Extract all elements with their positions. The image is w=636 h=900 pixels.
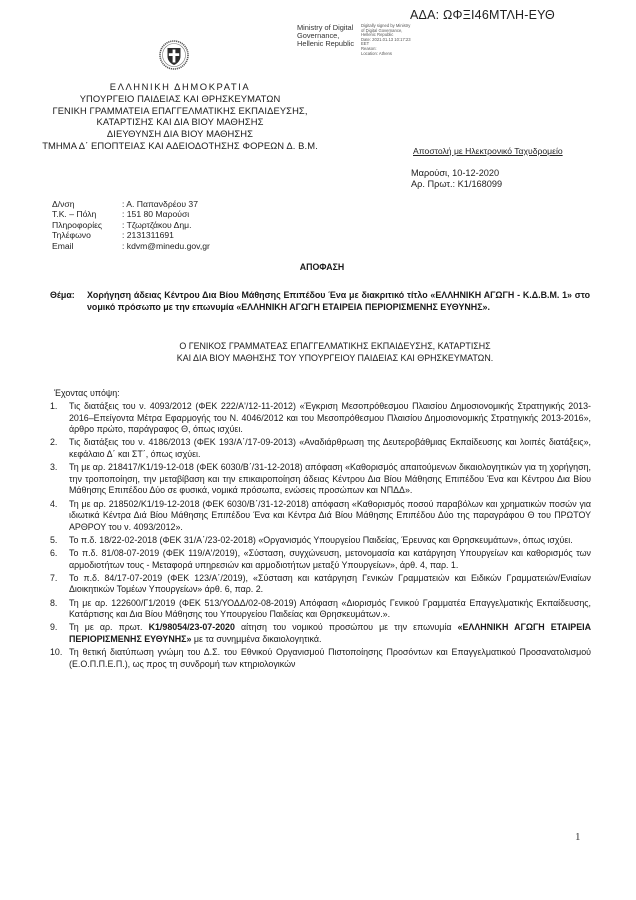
header-line: ΔΙΕΥΘΥΝΣΗ ΔΙΑ ΒΙΟΥ ΜΑΘΗΣΗΣ [30,128,330,140]
list-item: 4. Τη με αρ. 218502/Κ1/19-12-2018 (ΦΕΚ 6… [50,499,591,534]
list-item-text: Τις διατάξεις του ν. 4186/2013 (ΦΕΚ 193/… [69,437,591,460]
list-item-number: 1. [50,401,69,436]
contact-value: : Α. Παπανδρέου 37 [122,199,198,209]
digital-signature-org: Ministry of Digital Governance, Hellenic… [297,24,354,49]
signature-detail-line: Location: Athens [361,52,431,57]
header-line: ΤΜΗΜΑ Δ΄ ΕΠΟΠΤΕΙΑΣ ΚΑΙ ΑΔΕΙΟΔΟΤΗΣΗΣ ΦΟΡΕ… [30,140,330,152]
page-number: 1 [575,831,581,843]
list-item-number: 10. [50,647,69,670]
date-protocol-block: Μαρούσι, 10-12-2020 Αρ. Πρωτ.: Κ1/168099 [411,168,502,190]
contact-value: : 151 80 Μαρούσι [122,209,189,219]
protocol-number: Αρ. Πρωτ.: Κ1/168099 [411,179,502,190]
contact-label: Email [52,241,122,251]
decision-title: ΑΠΟΦΑΣΗ [0,262,636,272]
secretary-heading: Ο ΓΕΝΙΚΟΣ ΓΡΑΜΜΑΤΕΑΣ ΕΠΑΓΓΕΛΜΑΤΙΚΗΣ ΕΚΠΑ… [0,340,636,364]
digital-signature-details: Digitally signed by Ministry of Digital … [361,24,431,56]
list-item-text: Τη θετική διατύπωση γνώμη του Δ.Σ. του Ε… [69,647,591,670]
ministry-header: ΕΛΛΗΝΙΚΗ ΔΗΜΟΚΡΑΤΙΑ ΥΠΟΥΡΓΕΙΟ ΠΑΙΔΕΙΑΣ Κ… [30,81,330,152]
contact-email[interactable]: : kdvm@minedu.gov,gr [122,241,210,251]
header-line: ΓΕΝΙΚΗ ΓΡΑΜΜΑΤΕΙΑ ΕΠΑΓΓΕΛΜΑΤΙΚΗΣ ΕΚΠΑΙΔΕ… [30,105,330,117]
list-item-text: Το π.δ. 84/17-07-2019 (ΦΕΚ 123/Α΄/2019),… [69,573,591,596]
list-item-text: Το π.δ. 81/08-07-2019 (ΦΕΚ 119/Α'/2019),… [69,548,591,571]
contact-row: Δ/νση: Α. Παπανδρέου 37 [52,199,210,209]
list-item-text: Τις διατάξεις του ν. 4093/2012 (ΦΕΚ 222/… [69,401,591,436]
list-item-text: Το π.δ. 18/22-02-2018 (ΦΕΚ 31/Α΄/23-02-2… [69,535,591,547]
subject-label: Θέμα: [50,289,87,313]
ada-code: ΑΔΑ: ΩΦΞΙ46ΜΤΛΗ-ΕΥΘ [410,8,555,22]
list-item-text: Τη με αρ. 218417/Κ1/19-12-018 (ΦΕΚ 6030/… [69,462,591,497]
signature-org-line: Hellenic Republic [297,40,354,48]
contact-row: Email: kdvm@minedu.gov,gr [52,241,210,251]
list-item-number: 4. [50,499,69,534]
list-item-text: Τη με αρ. 122600/Γ1/2019 (ΦΕΚ 513/ΥΟΔΔ/0… [69,598,591,621]
header-line: ΚΑΤΑΡΤΙΣΗΣ ΚΑΙ ΔΙΑ ΒΙΟΥ ΜΑΘΗΣΗΣ [30,116,330,128]
list-item: 6.Το π.δ. 81/08-07-2019 (ΦΕΚ 119/Α'/2019… [50,548,591,571]
list-item-text: Τη με αρ. πρωτ. Κ1/98054/23-07-2020 αίτη… [69,622,591,645]
header-line: ΕΛΛΗΝΙΚΗ ΔΗΜΟΚΡΑΤΙΑ [30,81,330,93]
list-item-number: 5. [50,535,69,547]
contact-value: : Τζωρτζάκου Δημ. [122,220,191,230]
list-item-text: Τη με αρ. 218502/Κ1/19-12-2018 (ΦΕΚ 6030… [69,499,591,534]
list-item: 7.Το π.δ. 84/17-07-2019 (ΦΕΚ 123/Α΄/2019… [50,573,591,596]
contact-label: Δ/νση [52,199,122,209]
header-line: ΥΠΟΥΡΓΕΙΟ ΠΑΙΔΕΙΑΣ ΚΑΙ ΘΡΗΣΚΕΥΜΑΤΩΝ [30,93,330,105]
place-date: Μαρούσι, 10-12-2020 [411,168,502,179]
list-item: 10.Τη θετική διατύπωση γνώμη του Δ.Σ. το… [50,647,591,670]
contact-value: : 2131311691 [122,230,174,240]
list-item-number: 9. [50,622,69,645]
list-item: 1.Τις διατάξεις του ν. 4093/2012 (ΦΕΚ 22… [50,401,591,436]
considerations-list: 1.Τις διατάξεις του ν. 4093/2012 (ΦΕΚ 22… [50,401,591,672]
contact-row: Πληροφορίες: Τζωρτζάκου Δημ. [52,220,210,230]
list-item-number: 3. [50,462,69,497]
list-item-number: 7. [50,573,69,596]
secretary-line: ΚΑΙ ΔΙΑ ΒΙΟΥ ΜΑΘΗΣΗΣ ΤΟΥ ΥΠΟΥΡΓΕΙΟΥ ΠΑΙΔ… [34,352,636,364]
delivery-note: Αποστολή με Ηλεκτρονικό Ταχυδρομείο [413,146,563,156]
secretary-line: Ο ΓΕΝΙΚΟΣ ΓΡΑΜΜΑΤΕΑΣ ΕΠΑΓΓΕΛΜΑΤΙΚΗΣ ΕΚΠΑ… [34,340,636,352]
subject-text: Χορήγηση άδειας Κέντρου Δια Βίου Μάθησης… [87,289,590,313]
coat-of-arms-icon [159,40,189,70]
list-item-number: 6. [50,548,69,571]
contact-label: Τηλέφωνο [52,230,122,240]
contact-details: Δ/νση: Α. Παπανδρέου 37 Τ.Κ. – Πόλη: 151… [52,199,210,251]
list-item: 8.Τη με αρ. 122600/Γ1/2019 (ΦΕΚ 513/ΥΟΔΔ… [50,598,591,621]
list-item: 2.Τις διατάξεις του ν. 4186/2013 (ΦΕΚ 19… [50,437,591,460]
list-item-number: 8. [50,598,69,621]
contact-row: Τηλέφωνο: 2131311691 [52,230,210,240]
list-item-number: 2. [50,437,69,460]
list-item: 5.Το π.δ. 18/22-02-2018 (ΦΕΚ 31/Α΄/23-02… [50,535,591,547]
contact-row: Τ.Κ. – Πόλη: 151 80 Μαρούσι [52,209,210,219]
having-regard-label: Έχοντας υπόψη: [54,388,120,398]
contact-label: Τ.Κ. – Πόλη [52,209,122,219]
contact-label: Πληροφορίες [52,220,122,230]
subject-block: Θέμα: Χορήγηση άδειας Κέντρου Δια Βίου Μ… [50,289,590,313]
list-item: 3.Τη με αρ. 218417/Κ1/19-12-018 (ΦΕΚ 603… [50,462,591,497]
list-item: 9.Τη με αρ. πρωτ. Κ1/98054/23-07-2020 αί… [50,622,591,645]
